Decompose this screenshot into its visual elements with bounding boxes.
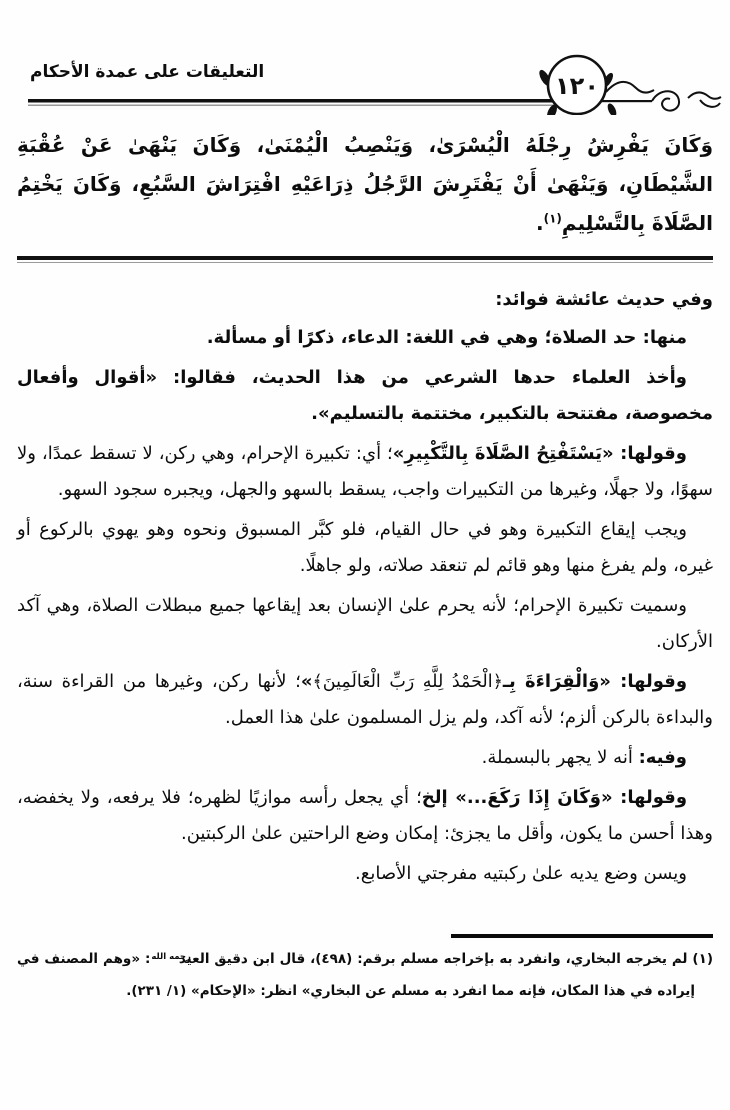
text-segment: رحمه الله bbox=[151, 948, 173, 968]
divider-thick-line bbox=[17, 256, 713, 260]
text-segment: وفيه: bbox=[639, 747, 687, 768]
text-segment: وقولها: «وَالْقِرَاءَةَ بِـ bbox=[503, 671, 687, 692]
body-text: وَكَانَ يَفْرِشُ رِجْلَهُ الْيُسْرَىٰ، و… bbox=[17, 120, 713, 892]
book-title: التعليقات على عمدة الأحكام bbox=[30, 62, 264, 82]
text-segment: . bbox=[536, 211, 544, 235]
paragraph-basmalah: وفيه: أنه لا يجهر بالبسملة. bbox=[17, 740, 713, 776]
paragraph-takbir: وقولها: «يَسْتَفْتِحُ الصَّلَاةَ بِالتَّ… bbox=[17, 436, 713, 508]
footnote-1: (١) لم يخرجه البخاري، وانفرد به بإخراجه … bbox=[17, 944, 713, 1007]
paragraph-takbir-timing: ويجب إيقاع التكبيرة وهو في حال القيام، ف… bbox=[17, 512, 713, 584]
text-segment: ويسن وضع يديه علىٰ ركبتيه مفرجتي الأصابع… bbox=[355, 863, 687, 884]
text-segment: ﴿الْحَمْدُ لِلَّهِ رَبِّ الْعَالَمِينَ﴾ bbox=[313, 672, 503, 692]
footnote-block: (١) لم يخرجه البخاري، وانفرد به بإخراجه … bbox=[17, 944, 713, 1007]
page-header: ١٢٠ التعليقات على عمدة الأحكام bbox=[0, 0, 730, 118]
text-segment: وَكَانَ يَفْرِشُ رِجْلَهُ الْيُسْرَىٰ، و… bbox=[17, 133, 713, 235]
text-segment: وفي حديث عائشة فوائد: bbox=[495, 289, 713, 310]
text-segment: وسميت تكبيرة الإحرام؛ لأنه يحرم علىٰ الإ… bbox=[17, 595, 713, 652]
text-segment: وأخذ العلماء حدها الشرعي من هذا الحديث، … bbox=[17, 367, 713, 424]
text-segment: (١) bbox=[544, 211, 562, 225]
section-heading: وفي حديث عائشة فوائد: bbox=[17, 285, 713, 316]
paragraph-ruku: وقولها: «وَكَانَ إِذَا رَكَعَ...» إلخ؛ أ… bbox=[17, 780, 713, 852]
footnote-area: (١) لم يخرجه البخاري، وانفرد به بإخراجه … bbox=[17, 934, 713, 1007]
paragraph-ihram-naming: وسميت تكبيرة الإحرام؛ لأنه يحرم علىٰ الإ… bbox=[17, 588, 713, 660]
paragraph-qiraah: وقولها: «وَالْقِرَاءَةَ بِـ﴿الْحَمْدُ لِ… bbox=[17, 664, 713, 736]
text-segment: » bbox=[301, 671, 313, 692]
text-segment: وقولها: «يَسْتَفْتِحُ الصَّلَاةَ بِالتَّ… bbox=[393, 443, 687, 464]
text-segment: وقولها: «وَكَانَ إِذَا رَكَعَ...» إلخ bbox=[422, 787, 687, 808]
section-divider bbox=[17, 256, 713, 263]
page-number: ١٢٠ bbox=[555, 72, 599, 100]
paragraph-hands-on-knees: ويسن وضع يديه علىٰ ركبتيه مفرجتي الأصابع… bbox=[17, 856, 713, 892]
hadith-block: وَكَانَ يَفْرِشُ رِجْلَهُ الْيُسْرَىٰ، و… bbox=[17, 126, 713, 243]
commentary-block: وفي حديث عائشة فوائد:منها: حد الصلاة؛ وه… bbox=[17, 285, 713, 892]
paragraph-scholars-definition: وأخذ العلماء حدها الشرعي من هذا الحديث، … bbox=[17, 360, 713, 432]
divider-thin-line bbox=[17, 262, 713, 264]
floral-flourish-icon bbox=[606, 82, 721, 111]
header-rule-thin bbox=[28, 105, 560, 107]
book-page: ١٢٠ التعليقات على عمدة الأحكام وَكَانَ ي… bbox=[0, 0, 730, 1110]
paragraph-definition: منها: حد الصلاة؛ وهي في اللغة: الدعاء، ذ… bbox=[17, 320, 713, 356]
hadith-paragraph: وَكَانَ يَفْرِشُ رِجْلَهُ الْيُسْرَىٰ، و… bbox=[17, 126, 713, 243]
footnote-separator bbox=[451, 934, 713, 938]
text-segment: أنه لا يجهر بالبسملة. bbox=[482, 747, 639, 768]
text-segment: ويجب إيقاع التكبيرة وهو في حال القيام، ف… bbox=[17, 519, 713, 576]
header-rule-right bbox=[600, 100, 652, 102]
text-segment: منها: حد الصلاة؛ وهي في اللغة: الدعاء، ذ… bbox=[207, 327, 687, 348]
header-rule-thick bbox=[28, 99, 560, 103]
text-segment: (١) لم يخرجه البخاري، وانفرد به بإخراجه … bbox=[174, 951, 713, 967]
